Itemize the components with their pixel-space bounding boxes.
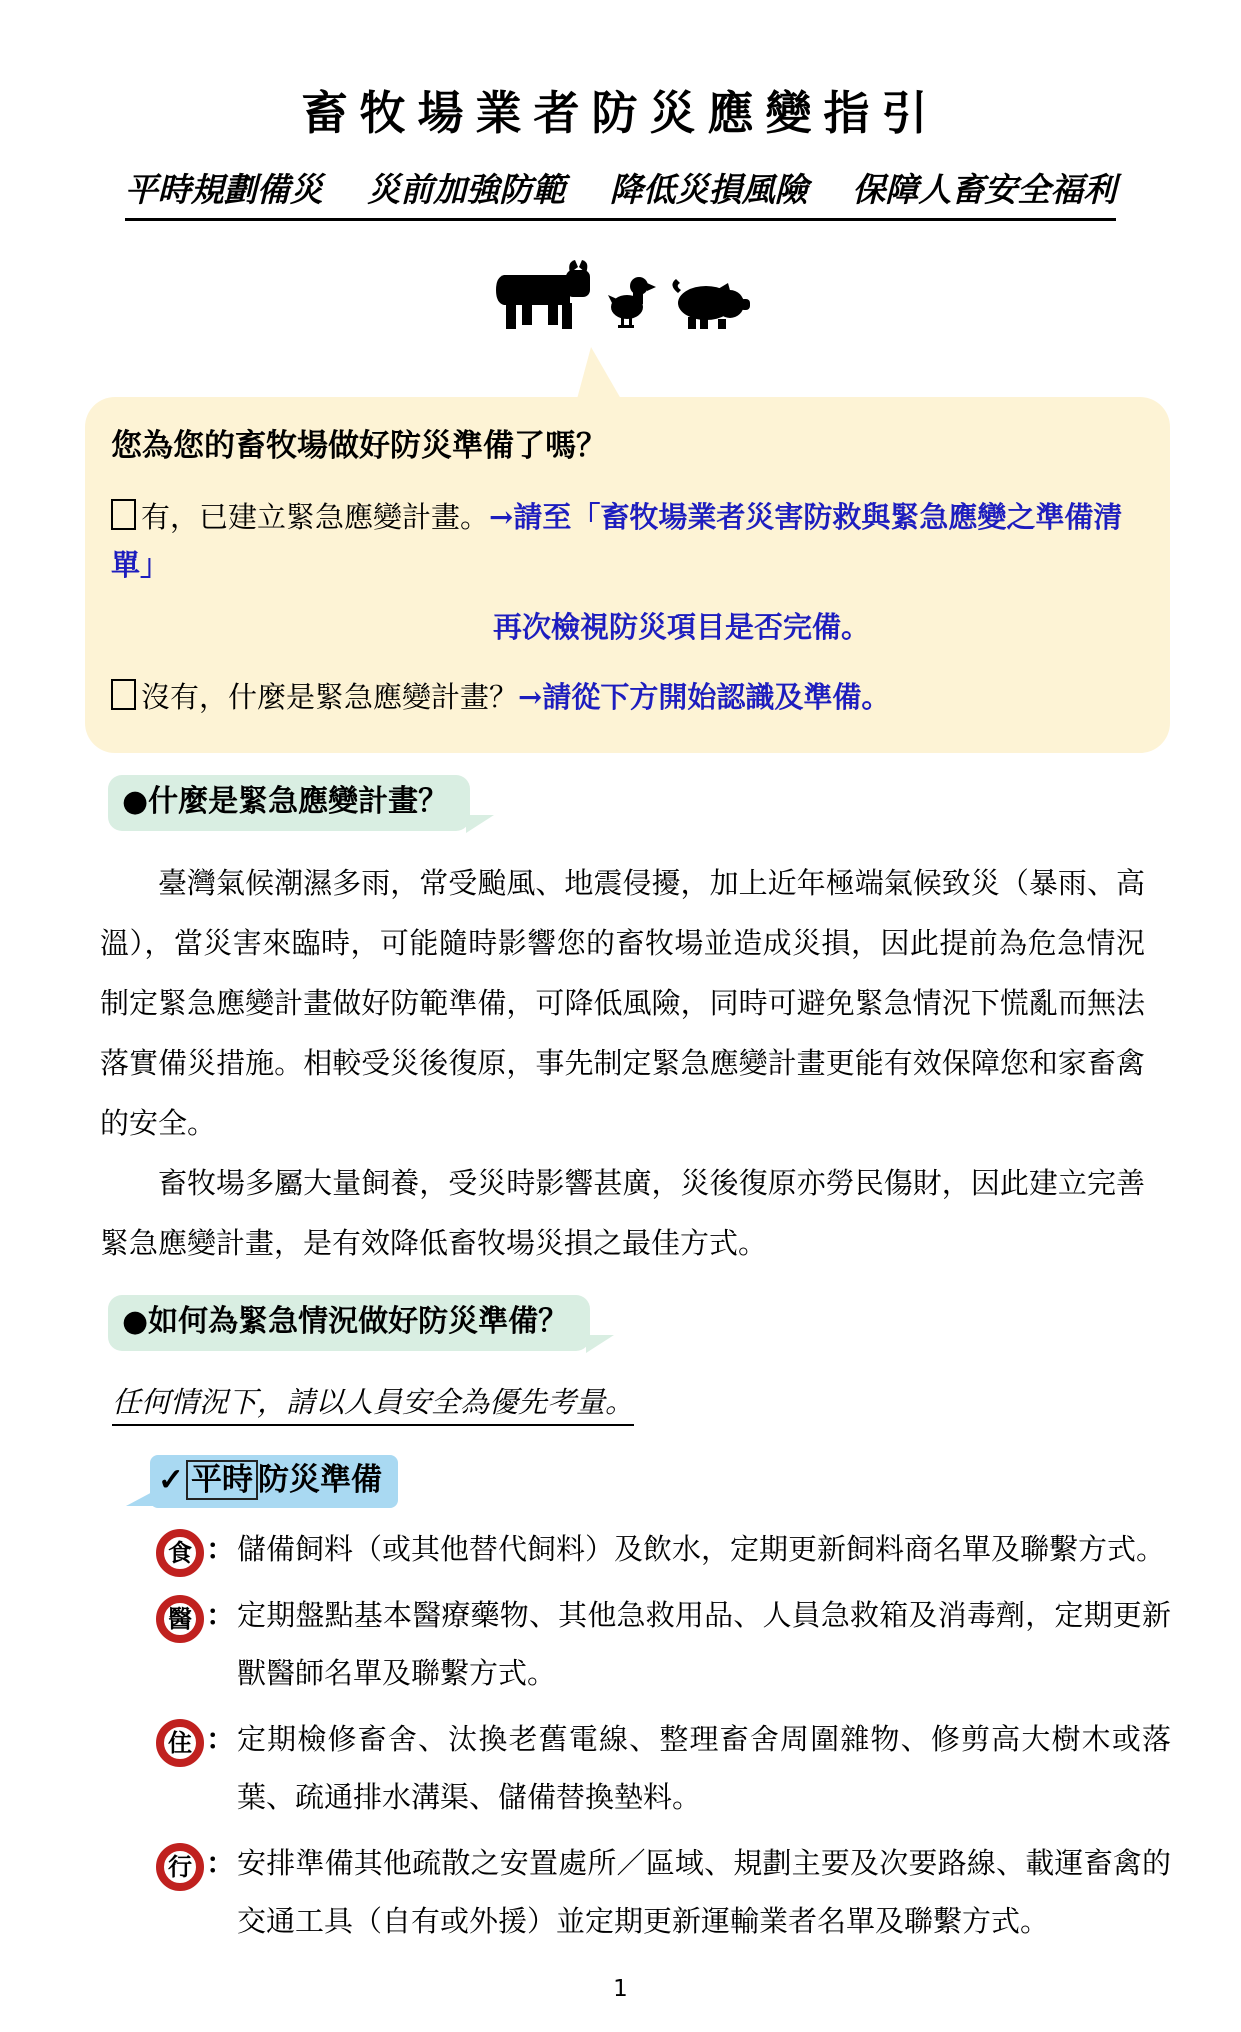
routine-prep-subheading: ✓平時防災準備 [150,1455,398,1508]
section1-body: 臺灣氣候潮濕多雨，常受颱風、地震侵擾，加上近年極端氣候致災（暴雨、高溫），當災害… [100,853,1145,1273]
subheading-boxed-text: 平時 [186,1460,258,1500]
option-no-action: →請從下方開始認識及準備。 [518,680,890,714]
section2-heading: ●如何為緊急情況做好防災準備？ [122,1304,568,1339]
bubble-tail [586,1335,614,1353]
list-item-housing: 住 ： 定期檢修畜舍、汰換老舊電線、整理畜舍周圍雜物、修剪高大樹木或落葉、疏通排… [156,1710,1171,1826]
option-yes-label: 有，已建立緊急應變計畫。 [141,500,489,534]
page-number: 1 [0,1976,1241,2032]
checkbox-no[interactable] [111,679,136,710]
colon: ： [206,1834,235,1892]
option-yes-row: 有，已建立緊急應變計畫。→請至「畜牧場業者災害防救與緊急應變之準備清單」 [111,493,1140,589]
section2-heading-bubble: ●如何為緊急情況做好防災準備？ [108,1295,590,1351]
checkmark-icon: ✓ [158,1462,184,1498]
pig-icon [668,277,750,331]
colon: ： [206,1586,235,1644]
cow-icon [492,259,596,331]
section1-paragraph-2: 畜牧場多屬大量飼養，受災時影響甚廣，災後復原亦勞民傷財，因此建立完善緊急應變計畫… [100,1153,1145,1273]
section1-paragraph-1: 臺灣氣候潮濕多雨，常受颱風、地震侵擾，加上近年極端氣候致災（暴雨、高溫），當災害… [100,853,1145,1153]
medical-badge-icon: 醫 [156,1595,204,1643]
bubble-tail [466,815,494,833]
checkbox-yes[interactable] [111,499,136,530]
prep-checklist: 食 ： 儲備飼料（或其他替代飼料）及飲水，定期更新飼料商名單及聯繫方式。 醫 ：… [156,1520,1171,1950]
colon: ： [206,1710,235,1768]
list-item-food-text: 儲備飼料（或其他替代飼料）及飲水，定期更新飼料商名單及聯繫方式。 [237,1520,1171,1578]
callout-pointer-triangle [577,347,621,399]
option-no-label: 沒有，什麼是緊急應變計畫？ [141,680,518,714]
housing-badge-icon: 住 [156,1719,204,1767]
colon: ： [206,1520,235,1578]
callout-question: 您為您的畜牧場做好防災準備了嗎？ [111,423,1140,469]
priority-note: 任何情況下，請以人員安全為優先考量。 [112,1385,634,1426]
food-badge-icon: 食 [156,1529,204,1577]
duck-icon [608,273,656,331]
priority-note-row: 任何情況下，請以人員安全為優先考量。 [112,1381,1241,1423]
list-item-transport-text: 安排準備其他疏散之安置處所／區域、規劃主要及次要路線、載運畜禽的交通工具（自有或… [237,1834,1171,1950]
option-no-row: 沒有，什麼是緊急應變計畫？→請從下方開始認識及準備。 [111,673,1140,721]
slogan-text: 平時規劃備災 災前加強防範 降低災損風險 保障人畜安全福利 [125,164,1116,221]
list-item-medical: 醫 ： 定期盤點基本醫療藥物、其他急救用品、人員急救箱及消毒劑，定期更新獸醫師名… [156,1586,1171,1702]
transport-badge-icon: 行 [156,1843,204,1891]
slogan-row: 平時規劃備災 災前加強防範 降低災損風險 保障人畜安全福利 [0,164,1241,221]
list-item-medical-text: 定期盤點基本醫療藥物、其他急救用品、人員急救箱及消毒劑，定期更新獸醫師名單及聯繫… [237,1586,1171,1702]
subheading-rest-text: 防災準備 [258,1462,382,1498]
list-item-transport: 行 ： 安排準備其他疏散之安置處所／區域、規劃主要及次要路線、載運畜禽的交通工具… [156,1834,1171,1950]
section1-heading-bubble: ●什麼是緊急應變計畫？ [108,775,470,831]
page-title: 畜牧場業者防災應變指引 [0,0,1241,144]
list-item-housing-text: 定期檢修畜舍、汰換老舊電線、整理畜舍周圍雜物、修剪高大樹木或落葉、疏通排水溝渠、… [237,1710,1171,1826]
section1-heading: ●什麼是緊急應變計畫？ [122,784,448,819]
option-yes-action-line2: 再次檢視防災項目是否完備。 [111,605,1140,649]
subheading-tail [126,1490,156,1506]
preparedness-callout: 您為您的畜牧場做好防災準備了嗎？ 有，已建立緊急應變計畫。→請至「畜牧場業者災害… [85,397,1170,753]
animal-icons [0,257,1241,331]
document-page: 畜牧場業者防災應變指引 平時規劃備災 災前加強防範 降低災損風險 保障人畜安全福… [0,0,1241,2032]
list-item-food: 食 ： 儲備飼料（或其他替代飼料）及飲水，定期更新飼料商名單及聯繫方式。 [156,1520,1171,1578]
